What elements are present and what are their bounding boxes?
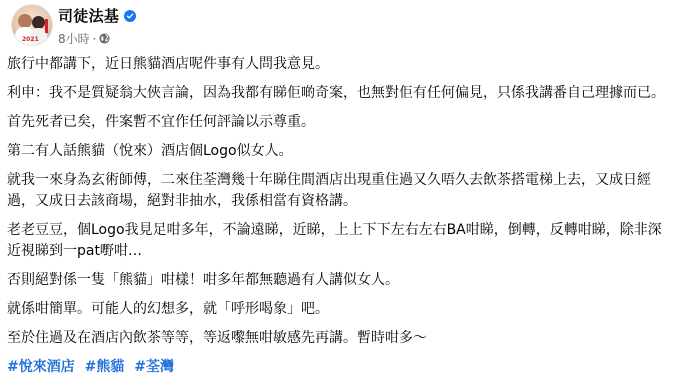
- author-name[interactable]: 司徒法基: [58, 5, 119, 26]
- hashtag-link[interactable]: #荃灣: [134, 359, 174, 375]
- post-paragraph: 首先死者已矣，件案暫不宜作任何評論以示尊重。: [7, 112, 675, 133]
- avatar-decoration: [45, 19, 48, 33]
- post-paragraph: 利申：我不是質疑翁大俠言論，因為我都有睇佢啲奇案，也無對佢有任何偏見，只係我講番…: [7, 83, 675, 104]
- post-paragraph: 老老豆豆，個Logo我見足咁多年，不論遠睇，近睇，上上下下左右左右BA咁睇，倒轉…: [7, 220, 675, 262]
- author-avatar[interactable]: 2021: [11, 4, 53, 46]
- avatar-year-label: 2021: [22, 36, 39, 43]
- facebook-post: 2021 司徒法基 8小時 · 旅行中都講下，近日熊貓酒店呢件事有人問我意見。 …: [0, 0, 681, 383]
- post-paragraph: 至於住過及在酒店內飲茶等等，等返嚟無咁敏感先再講。暫時咁多～: [7, 328, 675, 349]
- post-paragraph: 就係咁簡單。可能人的幻想多，就「呼形喝象」吧。: [7, 299, 675, 320]
- post-paragraph: 第二有人話熊貓（悅來）酒店個Logo似女人。: [7, 141, 675, 162]
- post-paragraph: 就我一來身為玄術師傅，二來住荃灣幾十年睇住間酒店出現重住過又久唔久去飲茶搭電梯上…: [7, 170, 675, 212]
- meta-separator: ·: [93, 32, 97, 46]
- hashtag-list: #悅來酒店 #熊貓 #荃灣: [7, 357, 675, 378]
- post-timestamp[interactable]: 8小時: [58, 30, 90, 47]
- post-paragraph: 否則絕對係一隻「熊貓」咁樣！咁多年都無聽過有人講似女人。: [7, 270, 675, 291]
- post-paragraph: 旅行中都講下，近日熊貓酒店呢件事有人問我意見。: [7, 54, 675, 75]
- avatar-person-head: [18, 14, 32, 28]
- post-meta: 8小時 ·: [58, 30, 110, 47]
- post-body: 旅行中都講下，近日熊貓酒店呢件事有人問我意見。 利申：我不是質疑翁大俠言論，因為…: [7, 54, 675, 378]
- hashtag-link[interactable]: #悅來酒店: [7, 359, 75, 375]
- verified-badge-icon: [124, 10, 136, 22]
- globe-icon[interactable]: [99, 33, 110, 44]
- author-name-row: 司徒法基: [58, 5, 136, 26]
- hashtag-link[interactable]: #熊貓: [85, 359, 125, 375]
- post-header: 2021 司徒法基 8小時 ·: [6, 0, 675, 52]
